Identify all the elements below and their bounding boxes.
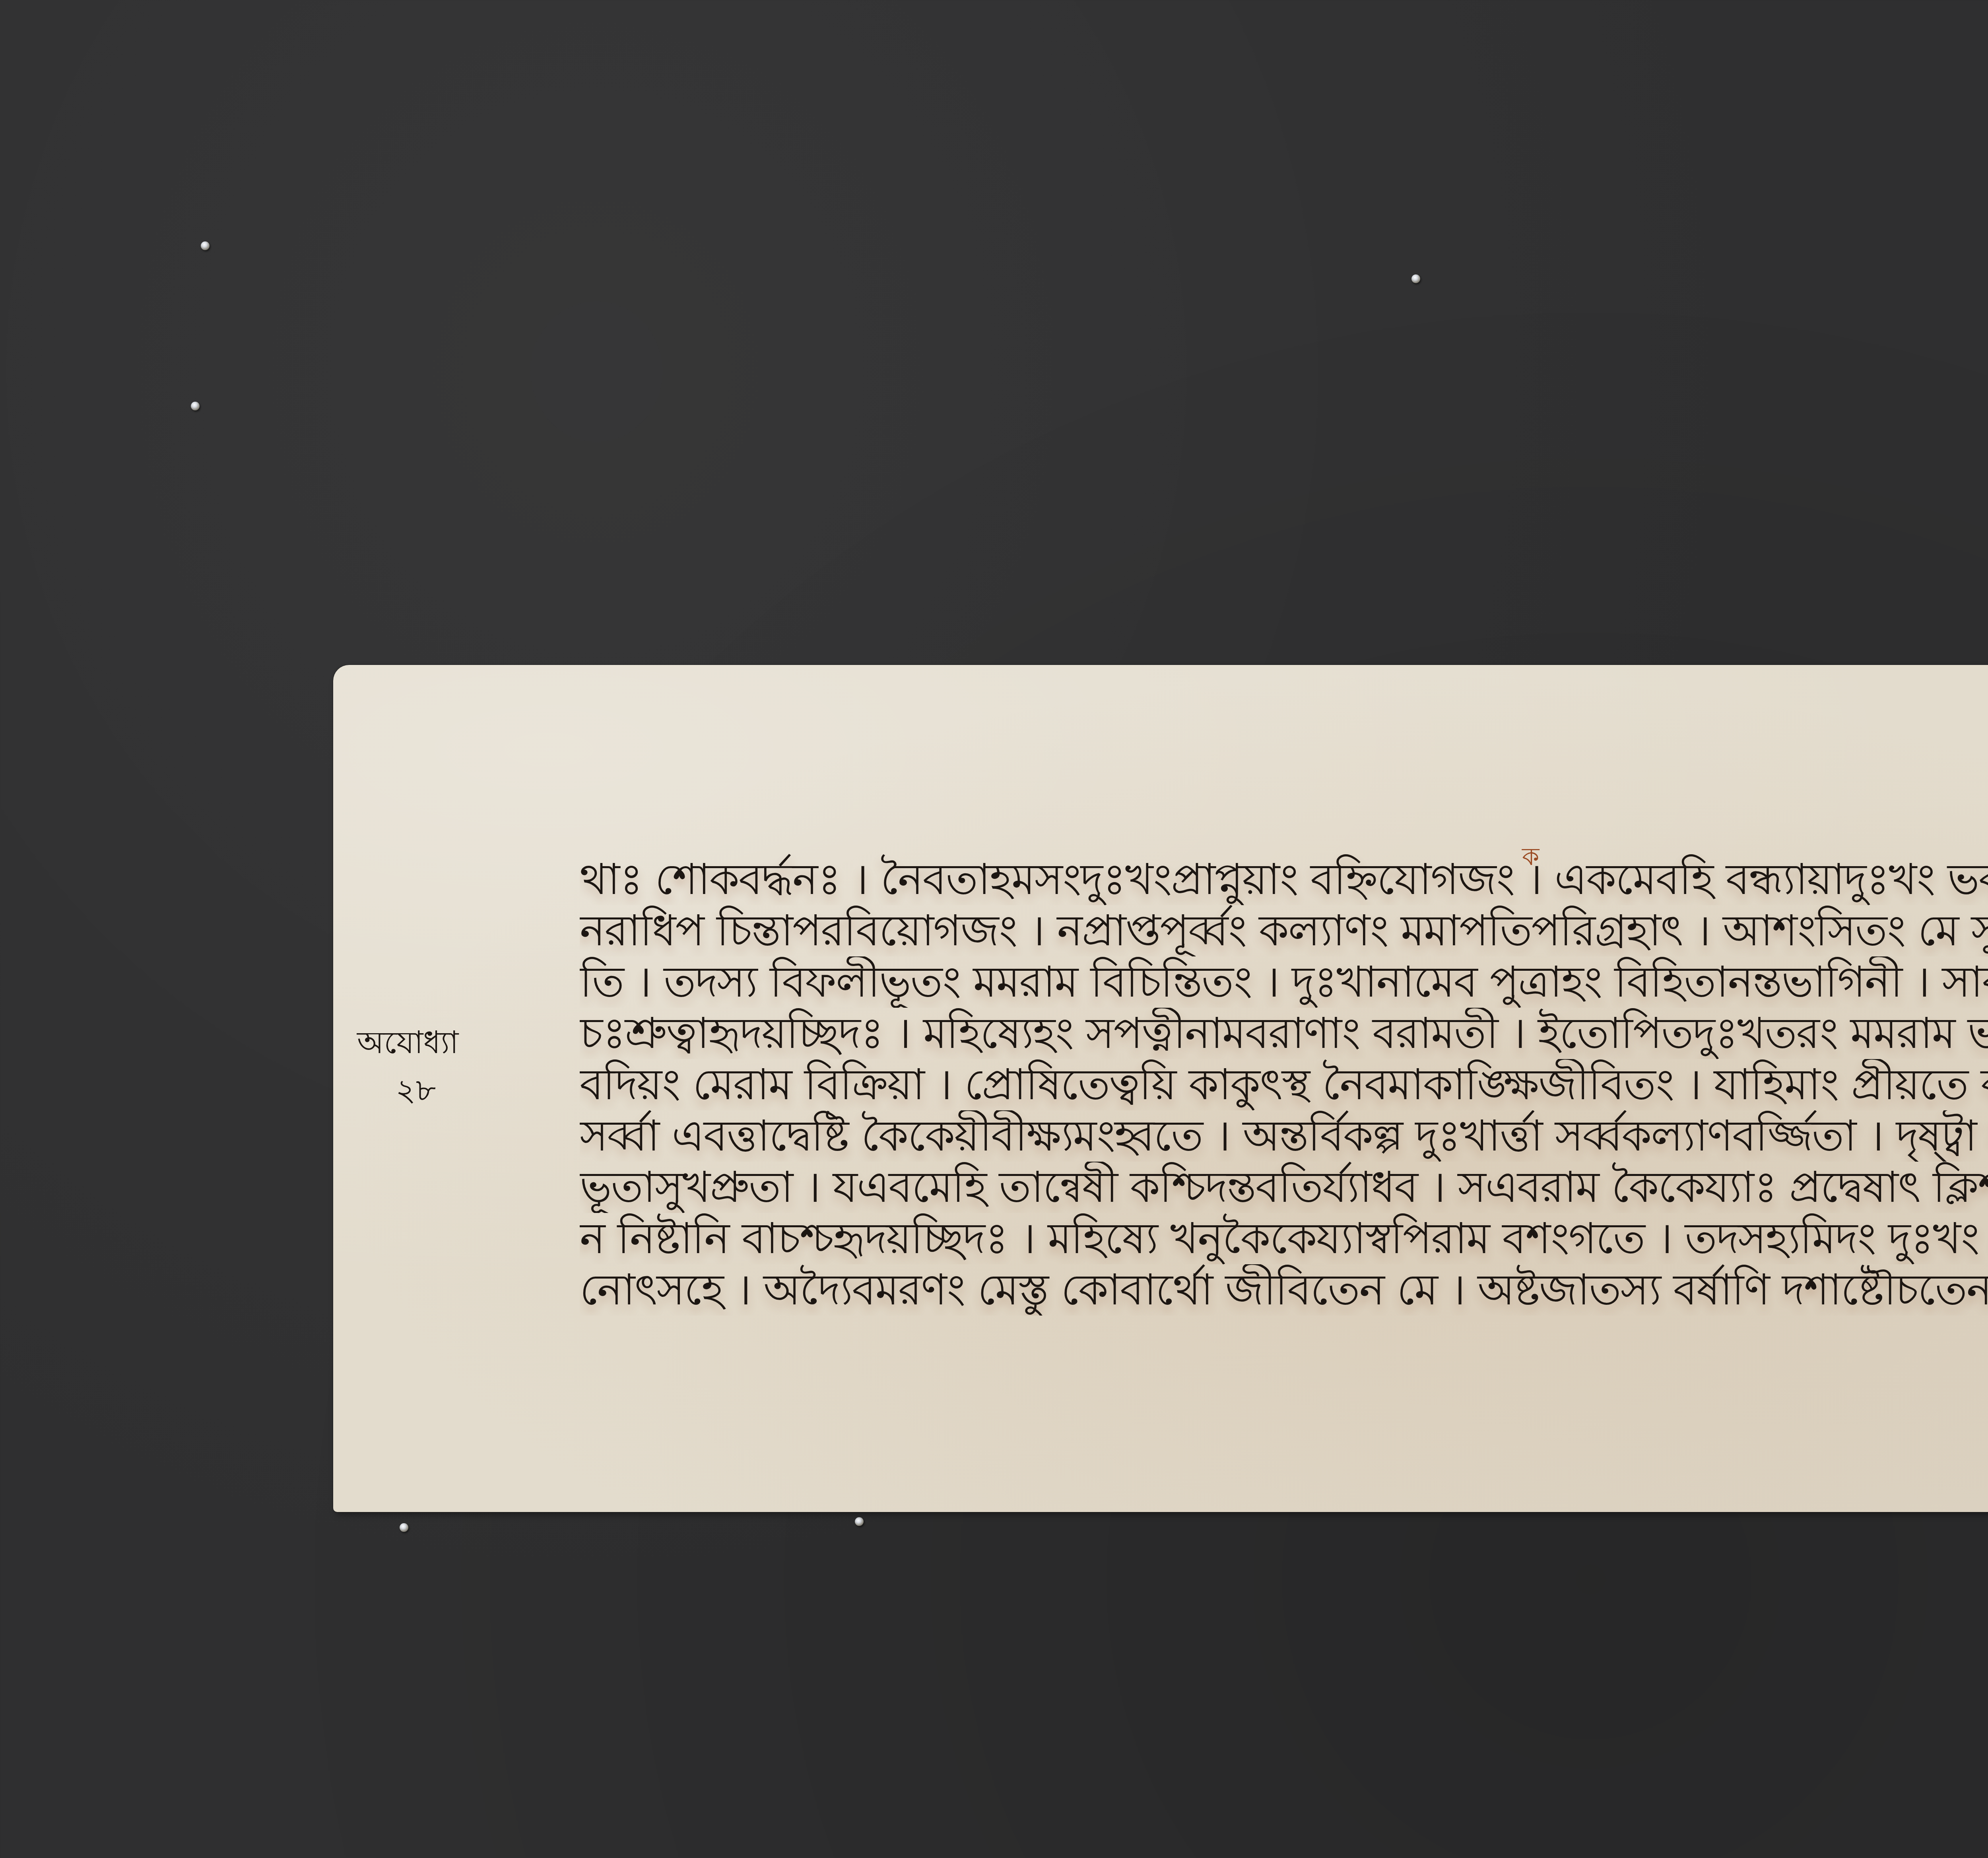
text-line: ন নিষ্টানি বাচশ্চহৃদয়চ্ছিদঃ । মহিষ্যে খ… <box>580 1213 1988 1264</box>
text-line: থাঃ শোকবর্দ্ধনঃ । নৈবতাহমসংদুঃখংপ্রাপ্নু… <box>580 854 1988 905</box>
text-line: সর্ব্বা এবত্তাদ্বেষ্টি কৈকেয়ীবীক্ষ্যমংহ… <box>580 1110 1988 1162</box>
left-margin-note: অযোধ্যা ২৮ <box>357 1019 458 1114</box>
text-line: ভূতাসুখপ্রুতা । যএবমেহি তান্বেষী কশ্চিদন… <box>580 1162 1988 1213</box>
folio-number: ২৮ <box>357 1067 458 1114</box>
mounting-pin <box>201 241 210 250</box>
mounting-pin <box>191 402 200 410</box>
text-line: তি । তদস্য বিফলীভূতং মমরাম বিচিন্তিতং । … <box>580 956 1988 1008</box>
mounting-pin <box>1411 274 1420 283</box>
manuscript-text: থাঃ শোকবর্দ্ধনঃ । নৈবতাহমসংদুঃখংপ্রাপ্নু… <box>580 854 1988 1316</box>
text-line: নরাধিপ চিন্তাপরবিয়োগজং । নপ্রাপ্তপূর্ব্… <box>580 905 1988 956</box>
mounting-pin <box>400 1523 408 1532</box>
margin-title: অযোধ্যা <box>357 1019 458 1067</box>
text-line: বদিয়ং মেরাম বিক্রিয়া । প্রোষিতেত্বয়ি … <box>580 1059 1988 1110</box>
text-line: নোৎসহে । অদ্যৈবমরণং মেস্তু কোবার্থো জীবি… <box>580 1264 1988 1316</box>
text-line: চঃশ্রুত্বাহৃদয়চ্ছিদঃ । মহিষ্যেহং সপত্নী… <box>580 1008 1988 1059</box>
mounting-pin <box>855 1517 864 1526</box>
manuscript-folio: L ক অযোধ্যা ২৮ ১৫৩ থাঃ শোকবর্দ্ধনঃ । নৈব… <box>333 665 1988 1512</box>
